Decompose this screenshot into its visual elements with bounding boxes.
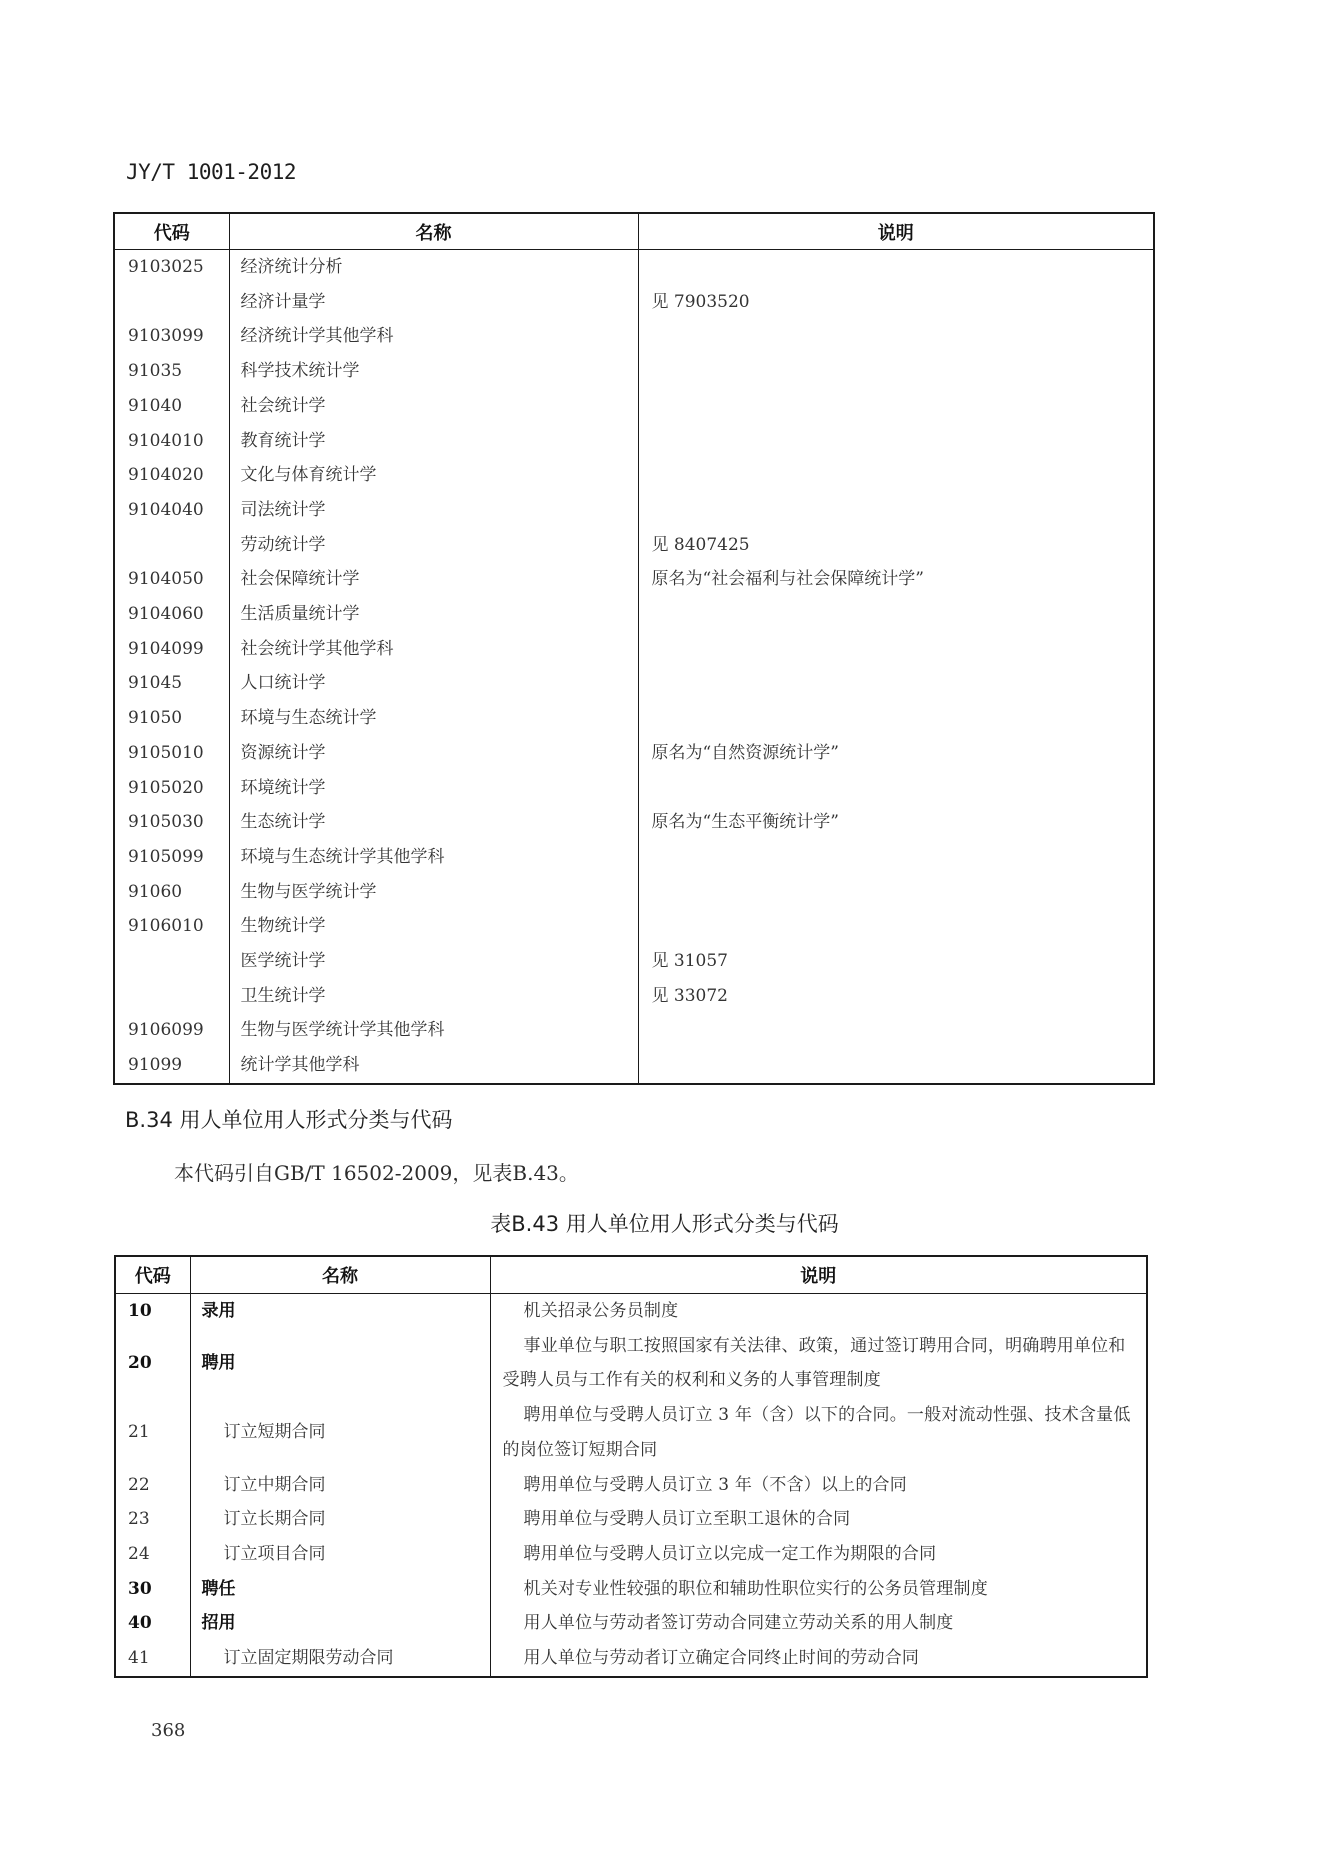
column-header-name: 名称: [229, 213, 638, 250]
code-cell: 9104020: [114, 458, 229, 493]
desc-cell: [638, 597, 1154, 632]
desc-cell: 聘用单位与受聘人员订立至职工退休的合同: [490, 1502, 1147, 1537]
code-cell: 9105099: [114, 840, 229, 875]
name-cell: 订立短期合同: [190, 1398, 490, 1467]
table-row: 9105020环境统计学: [114, 771, 1154, 806]
table-row: 91060生物与医学统计学: [114, 875, 1154, 910]
desc-cell: [638, 1013, 1154, 1048]
table-row: 91035科学技术统计学: [114, 354, 1154, 389]
code-cell: 24: [115, 1537, 190, 1572]
name-cell: 订立长期合同: [190, 1502, 490, 1537]
name-cell: 经济统计学其他学科: [229, 319, 638, 354]
table-row: 21订立短期合同聘用单位与受聘人员订立 3 年（含）以下的合同。一般对流动性强、…: [115, 1398, 1147, 1467]
column-header-code: 代码: [114, 213, 229, 250]
column-header-desc: 说明: [638, 213, 1154, 250]
table-row: 卫生统计学见 33072: [114, 979, 1154, 1014]
desc-text: 机关招录公务员制度: [503, 1294, 1143, 1329]
desc-cell: 聘用单位与受聘人员订立以完成一定工作为期限的合同: [490, 1537, 1147, 1572]
name-cell: 文化与体育统计学: [229, 458, 638, 493]
desc-cell: [638, 701, 1154, 736]
code-cell: 22: [115, 1468, 190, 1503]
table-row: 9104050社会保障统计学原名为“社会福利与社会保障统计学”: [114, 562, 1154, 597]
desc-cell: [638, 354, 1154, 389]
table-row: 40招用用人单位与劳动者签订劳动合同建立劳动关系的用人制度: [115, 1606, 1147, 1641]
code-cell: 91050: [114, 701, 229, 736]
code-cell: 41: [115, 1641, 190, 1677]
name-cell: 环境与生态统计学其他学科: [229, 840, 638, 875]
table-row: 41订立固定期限劳动合同用人单位与劳动者订立确定合同终止时间的劳动合同: [115, 1641, 1147, 1677]
code-cell: 9105030: [114, 805, 229, 840]
name-cell: 资源统计学: [229, 736, 638, 771]
code-cell: [114, 528, 229, 563]
code-cell: 9105020: [114, 771, 229, 806]
table-row: 9104020文化与体育统计学: [114, 458, 1154, 493]
table-row: 9104010教育统计学: [114, 424, 1154, 459]
desc-cell: [638, 632, 1154, 667]
name-cell: 人口统计学: [229, 666, 638, 701]
name-cell: 社会统计学其他学科: [229, 632, 638, 667]
desc-text: 用人单位与劳动者签订劳动合同建立劳动关系的用人制度: [503, 1606, 1143, 1641]
code-cell: 9104060: [114, 597, 229, 632]
table-row: 24订立项目合同聘用单位与受聘人员订立以完成一定工作为期限的合同: [115, 1537, 1147, 1572]
name-cell: 生活质量统计学: [229, 597, 638, 632]
name-cell: 聘任: [190, 1572, 490, 1607]
code-cell: [114, 944, 229, 979]
desc-cell: 见 7903520: [638, 285, 1154, 320]
code-cell: 9104040: [114, 493, 229, 528]
desc-cell: 用人单位与劳动者签订劳动合同建立劳动关系的用人制度: [490, 1606, 1147, 1641]
name-cell: 生物统计学: [229, 909, 638, 944]
code-cell: 91099: [114, 1048, 229, 1084]
desc-cell: 机关对专业性较强的职位和辅助性职位实行的公务员管理制度: [490, 1572, 1147, 1607]
code-cell: 9103025: [114, 250, 229, 285]
desc-cell: 原名为“社会福利与社会保障统计学”: [638, 562, 1154, 597]
desc-cell: [638, 666, 1154, 701]
table-header-row: 代码 名称 说明: [114, 213, 1154, 250]
code-cell: 91040: [114, 389, 229, 424]
table-row: 91045人口统计学: [114, 666, 1154, 701]
desc-cell: [638, 840, 1154, 875]
desc-text: 聘用单位与受聘人员订立 3 年（不含）以上的合同: [503, 1468, 1143, 1503]
table-row: 9104060生活质量统计学: [114, 597, 1154, 632]
section-heading: B.34 用人单位用人形式分类与代码: [125, 1104, 452, 1134]
desc-cell: 原名为“自然资源统计学”: [638, 736, 1154, 771]
desc-text: 事业单位与职工按照国家有关法律、政策，通过签订聘用合同，明确聘用单位和受聘人员与…: [503, 1329, 1143, 1398]
name-cell: 招用: [190, 1606, 490, 1641]
table-row: 91050环境与生态统计学: [114, 701, 1154, 736]
name-cell: 经济统计分析: [229, 250, 638, 285]
code-cell: 20: [115, 1329, 190, 1398]
column-header-desc: 说明: [490, 1256, 1147, 1294]
desc-cell: [638, 389, 1154, 424]
desc-cell: [638, 319, 1154, 354]
desc-cell: 原名为“生态平衡统计学”: [638, 805, 1154, 840]
page-number: 368: [151, 1720, 185, 1741]
name-cell: 环境统计学: [229, 771, 638, 806]
name-cell: 科学技术统计学: [229, 354, 638, 389]
section-paragraph: 本代码引自GB/T 16502-2009，见表B.43。: [174, 1157, 579, 1186]
name-cell: 聘用: [190, 1329, 490, 1398]
table-row: 9105099环境与生态统计学其他学科: [114, 840, 1154, 875]
table-row: 9104040司法统计学: [114, 493, 1154, 528]
name-cell: 录用: [190, 1294, 490, 1329]
table-row: 9103025经济统计分析: [114, 250, 1154, 285]
name-cell: 订立固定期限劳动合同: [190, 1641, 490, 1677]
table-row: 30聘任机关对专业性较强的职位和辅助性职位实行的公务员管理制度: [115, 1572, 1147, 1607]
table-row: 10录用机关招录公务员制度: [115, 1294, 1147, 1329]
code-cell: 9104010: [114, 424, 229, 459]
table-row: 9103099经济统计学其他学科: [114, 319, 1154, 354]
code-cell: 40: [115, 1606, 190, 1641]
name-cell: 订立中期合同: [190, 1468, 490, 1503]
column-header-name: 名称: [190, 1256, 490, 1294]
desc-cell: 见 8407425: [638, 528, 1154, 563]
table-row: 22订立中期合同聘用单位与受聘人员订立 3 年（不含）以上的合同: [115, 1468, 1147, 1503]
table-row: 20聘用事业单位与职工按照国家有关法律、政策，通过签订聘用合同，明确聘用单位和受…: [115, 1329, 1147, 1398]
name-cell: 劳动统计学: [229, 528, 638, 563]
name-cell: 订立项目合同: [190, 1537, 490, 1572]
desc-text: 聘用单位与受聘人员订立以完成一定工作为期限的合同: [503, 1537, 1143, 1572]
table-row: 9106099生物与医学统计学其他学科: [114, 1013, 1154, 1048]
document-id: JY/T 1001-2012: [126, 160, 296, 184]
name-cell: 卫生统计学: [229, 979, 638, 1014]
table-row: 91099统计学其他学科: [114, 1048, 1154, 1084]
table-row: 91040社会统计学: [114, 389, 1154, 424]
code-cell: 9106099: [114, 1013, 229, 1048]
code-cell: 91045: [114, 666, 229, 701]
code-cell: 9103099: [114, 319, 229, 354]
name-cell: 生态统计学: [229, 805, 638, 840]
table-row: 医学统计学见 31057: [114, 944, 1154, 979]
code-cell: 91060: [114, 875, 229, 910]
desc-cell: 见 33072: [638, 979, 1154, 1014]
name-cell: 环境与生态统计学: [229, 701, 638, 736]
desc-text: 用人单位与劳动者订立确定合同终止时间的劳动合同: [503, 1641, 1143, 1676]
desc-text: 聘用单位与受聘人员订立至职工退休的合同: [503, 1502, 1143, 1537]
desc-cell: [638, 458, 1154, 493]
name-cell: 社会统计学: [229, 389, 638, 424]
name-cell: 生物与医学统计学: [229, 875, 638, 910]
code-cell: 9104050: [114, 562, 229, 597]
name-cell: 教育统计学: [229, 424, 638, 459]
desc-cell: 见 31057: [638, 944, 1154, 979]
name-cell: 统计学其他学科: [229, 1048, 638, 1084]
desc-cell: 机关招录公务员制度: [490, 1294, 1147, 1329]
name-cell: 生物与医学统计学其他学科: [229, 1013, 638, 1048]
column-header-code: 代码: [115, 1256, 190, 1294]
table-row: 23订立长期合同聘用单位与受聘人员订立至职工退休的合同: [115, 1502, 1147, 1537]
desc-text: 机关对专业性较强的职位和辅助性职位实行的公务员管理制度: [503, 1572, 1143, 1607]
desc-cell: [638, 875, 1154, 910]
table-row: 经济计量学见 7903520: [114, 285, 1154, 320]
discipline-code-table: 代码 名称 说明 9103025经济统计分析经济计量学见 79035209103…: [113, 212, 1155, 1085]
table-row: 9105030生态统计学原名为“生态平衡统计学”: [114, 805, 1154, 840]
code-cell: 30: [115, 1572, 190, 1607]
code-cell: 21: [115, 1398, 190, 1467]
desc-cell: [638, 909, 1154, 944]
code-cell: 91035: [114, 354, 229, 389]
code-cell: 9104099: [114, 632, 229, 667]
table-row: 9105010资源统计学原名为“自然资源统计学”: [114, 736, 1154, 771]
code-cell: [114, 285, 229, 320]
code-cell: 9106010: [114, 909, 229, 944]
desc-cell: [638, 771, 1154, 806]
name-cell: 司法统计学: [229, 493, 638, 528]
code-cell: 23: [115, 1502, 190, 1537]
table-row: 劳动统计学见 8407425: [114, 528, 1154, 563]
desc-cell: [638, 1048, 1154, 1084]
code-cell: [114, 979, 229, 1014]
desc-cell: 事业单位与职工按照国家有关法律、政策，通过签订聘用合同，明确聘用单位和受聘人员与…: [490, 1329, 1147, 1398]
desc-cell: 聘用单位与受聘人员订立 3 年（含）以下的合同。一般对流动性强、技术含量低的岗位…: [490, 1398, 1147, 1467]
code-cell: 10: [115, 1294, 190, 1329]
table-caption: 表B.43 用人单位用人形式分类与代码: [0, 1208, 1323, 1238]
name-cell: 社会保障统计学: [229, 562, 638, 597]
table-row: 9106010生物统计学: [114, 909, 1154, 944]
desc-cell: [638, 493, 1154, 528]
name-cell: 经济计量学: [229, 285, 638, 320]
table-header-row: 代码 名称 说明: [115, 1256, 1147, 1294]
desc-cell: 聘用单位与受聘人员订立 3 年（不含）以上的合同: [490, 1468, 1147, 1503]
desc-cell: [638, 424, 1154, 459]
desc-text: 聘用单位与受聘人员订立 3 年（含）以下的合同。一般对流动性强、技术含量低的岗位…: [503, 1398, 1143, 1467]
code-cell: 9105010: [114, 736, 229, 771]
employment-form-code-table: 代码 名称 说明 10录用机关招录公务员制度20聘用事业单位与职工按照国家有关法…: [114, 1255, 1148, 1678]
desc-cell: 用人单位与劳动者订立确定合同终止时间的劳动合同: [490, 1641, 1147, 1677]
table-row: 9104099社会统计学其他学科: [114, 632, 1154, 667]
desc-cell: [638, 250, 1154, 285]
name-cell: 医学统计学: [229, 944, 638, 979]
